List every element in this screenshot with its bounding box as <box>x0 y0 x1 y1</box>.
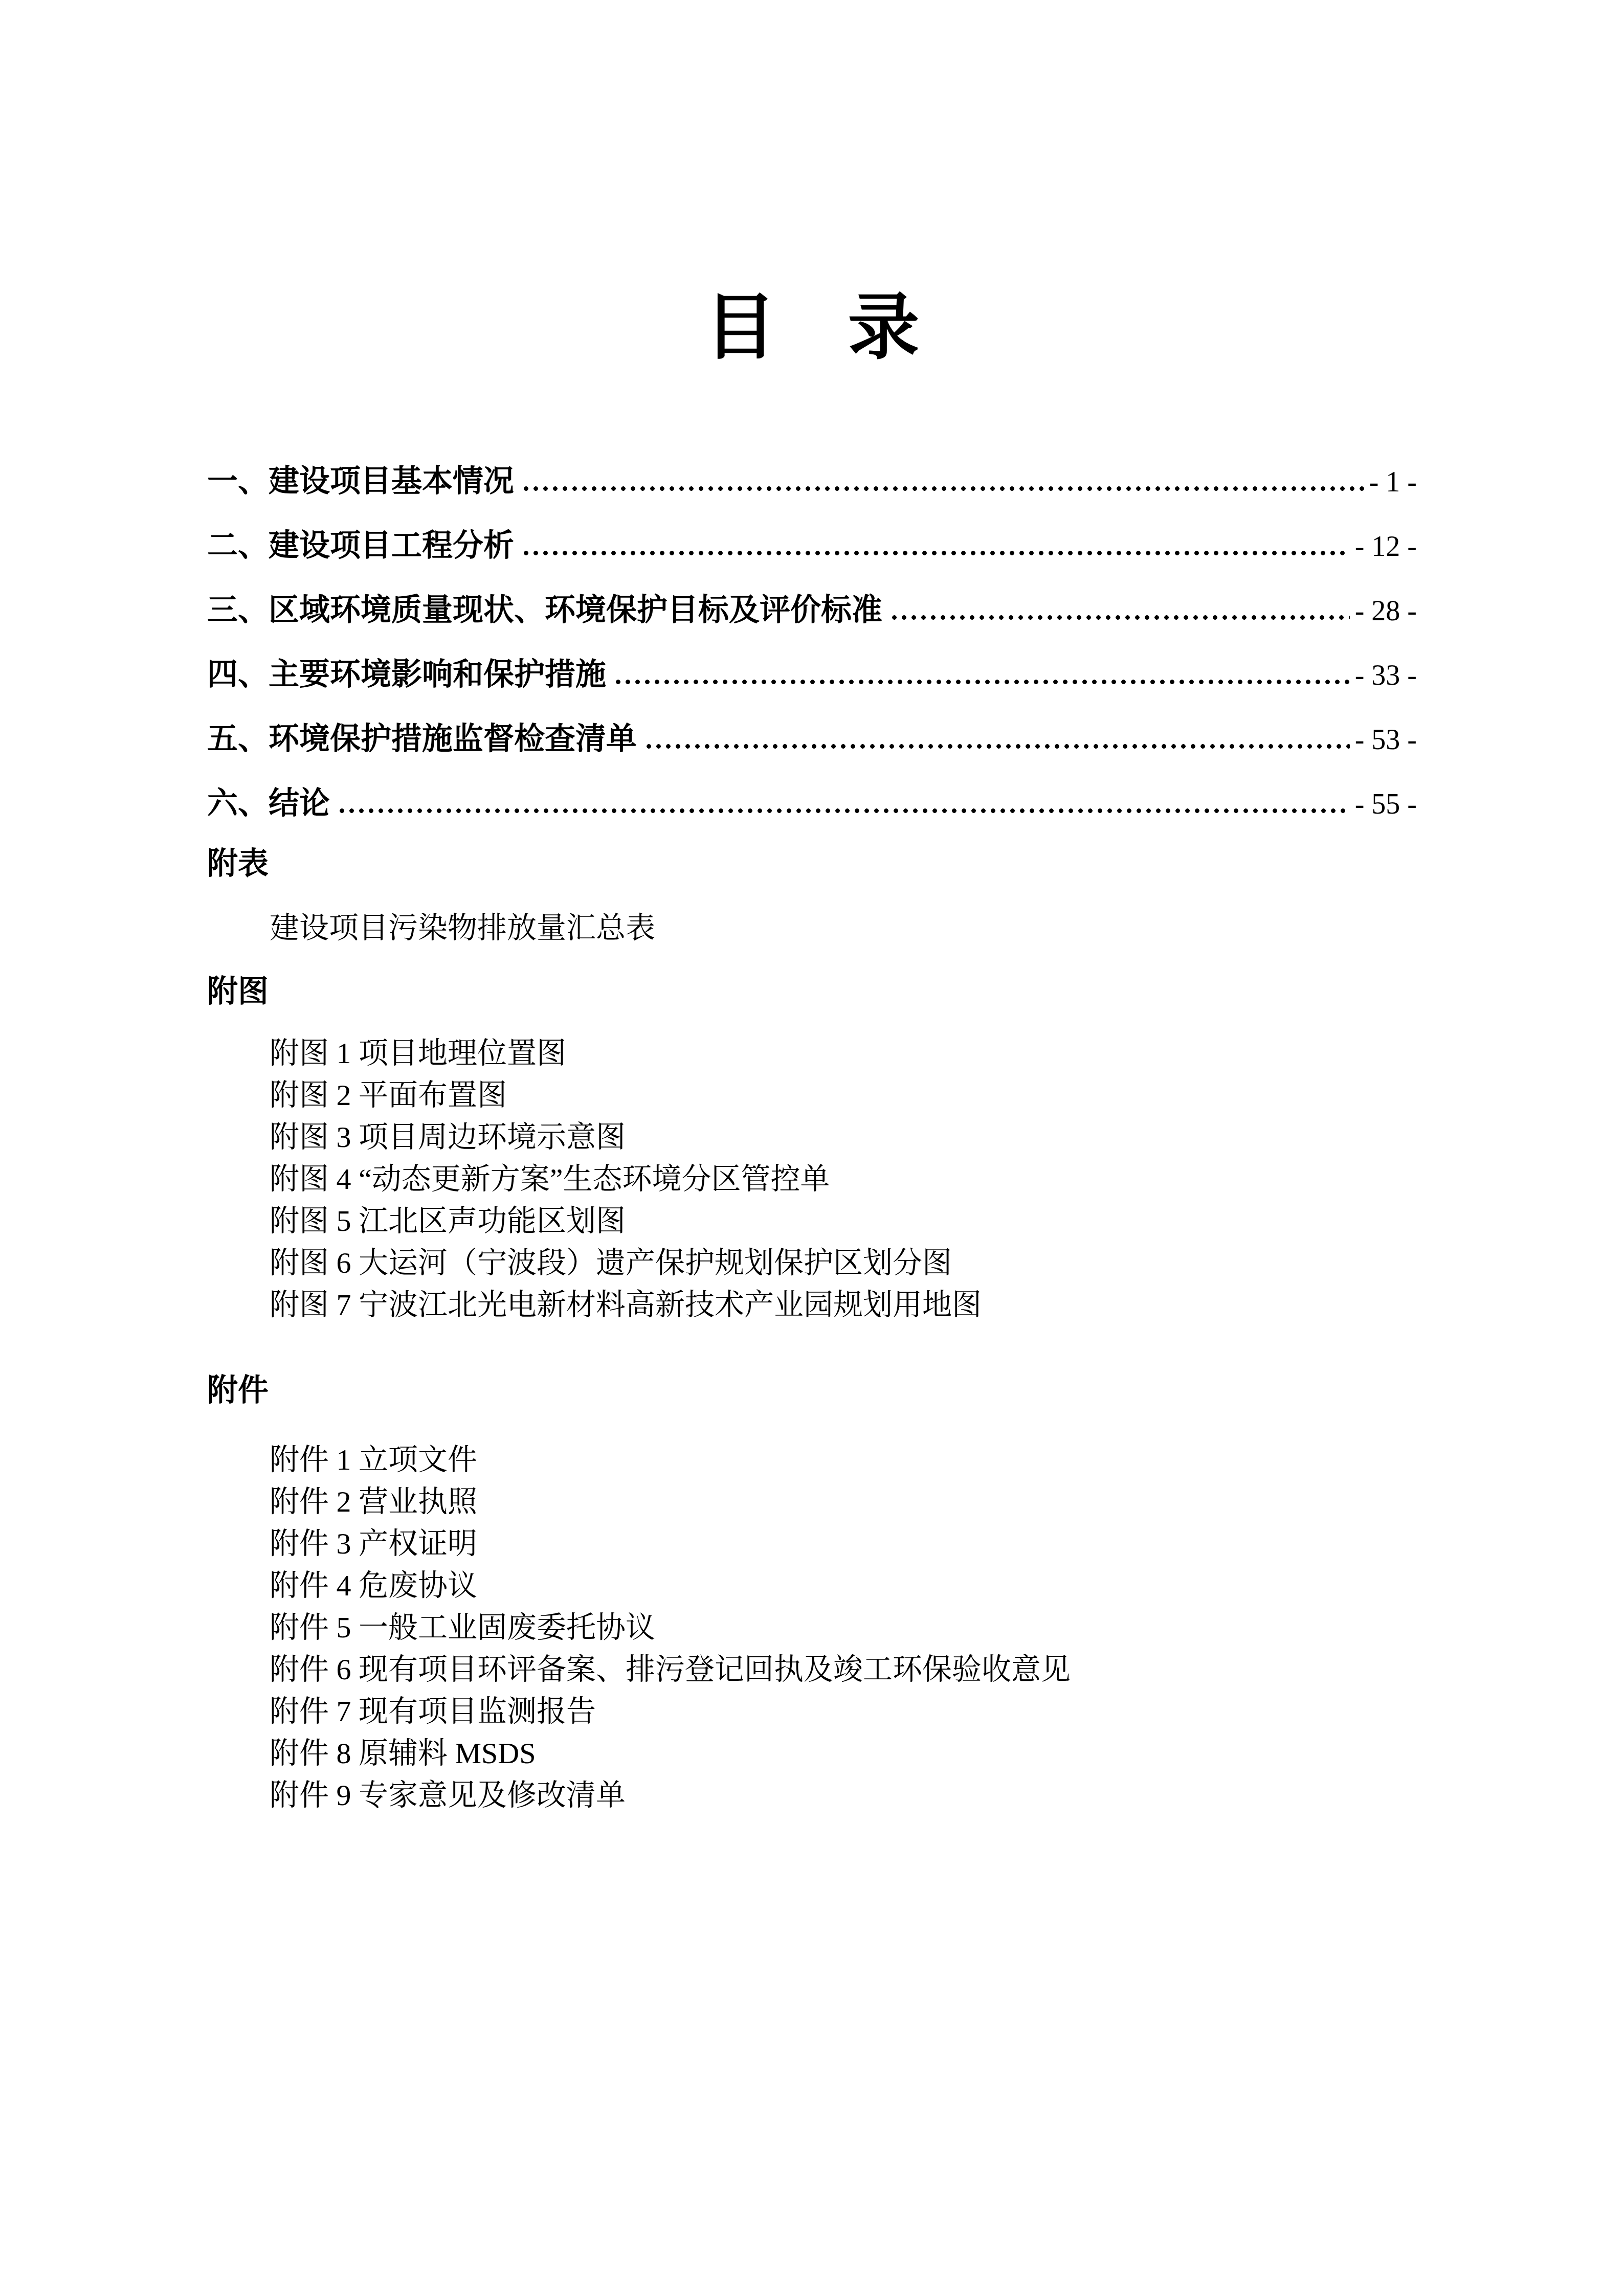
attachments-list: 附件 1 立项文件 附件 2 营业执照 附件 3 产权证明 附件 4 危废协议 … <box>207 1445 1417 1811</box>
figure-list-item: 附图 3 项目周边环境示意图 <box>270 1122 1417 1153</box>
page-title: 目 录 <box>207 291 1417 363</box>
toc-page-number: - 12 - <box>1355 531 1417 562</box>
figures-list: 附图 1 项目地理位置图 附图 2 平面布置图 附图 3 项目周边环境示意图 附… <box>207 1038 1417 1320</box>
figure-list-item: 附图 6 大运河（宁波段）遗产保护规划保护区划分图 <box>270 1248 1417 1278</box>
toc-entry: 一、建设项目基本情况 - 1 - <box>207 465 1417 497</box>
dot-leader <box>889 615 1350 620</box>
toc-entry-label: 二、建设项目工程分析 <box>207 530 514 561</box>
toc-entry-label: 六、结论 <box>207 787 330 819</box>
dot-leader <box>644 744 1350 749</box>
attachment-list-item: 附件 2 营业执照 <box>270 1487 1417 1517</box>
figure-list-item: 附图 4 “动态更新方案”生态环境分区管控单 <box>270 1164 1417 1195</box>
attachment-list-item: 附件 6 现有项目环评备案、排污登记回执及竣工环保验收意见 <box>270 1654 1417 1685</box>
toc-list: 一、建设项目基本情况 - 1 - 二、建设项目工程分析 - 12 - 三、区域环… <box>207 465 1417 819</box>
section-heading-attachments: 附件 <box>207 1375 1417 1406</box>
toc-entry: 六、结论 - 55 - <box>207 787 1417 819</box>
dot-leader <box>337 808 1350 814</box>
section-heading-figures: 附图 <box>207 976 1417 1007</box>
toc-page-number: - 28 - <box>1355 595 1417 627</box>
figure-list-item: 附图 2 平面布置图 <box>270 1080 1417 1111</box>
toc-entry-label: 五、环境保护措施监督检查清单 <box>207 723 637 755</box>
toc-entry: 五、环境保护措施监督检查清单 - 53 - <box>207 723 1417 755</box>
toc-page-number: - 1 - <box>1369 466 1417 498</box>
toc-page-number: - 33 - <box>1355 660 1417 691</box>
attachment-list-item: 附件 7 现有项目监测报告 <box>270 1696 1417 1727</box>
attachment-list-item: 附件 1 立项文件 <box>270 1445 1417 1475</box>
dot-leader <box>521 486 1364 491</box>
toc-page-number: - 55 - <box>1355 789 1417 820</box>
attachment-list-item: 附件 3 产权证明 <box>270 1528 1417 1559</box>
toc-page-number: - 53 - <box>1355 724 1417 756</box>
figure-list-item: 附图 5 江北区声功能区划图 <box>270 1206 1417 1236</box>
toc-entry: 四、主要环境影响和保护措施 - 33 - <box>207 659 1417 690</box>
toc-entry-label: 三、区域环境质量现状、环境保护目标及评价标准 <box>207 594 882 626</box>
attachment-list-item: 附件 8 原辅料 MSDS <box>270 1738 1417 1769</box>
section-heading-tables: 附表 <box>207 848 1417 880</box>
toc-entry-label: 一、建设项目基本情况 <box>207 465 514 497</box>
tables-list: 建设项目污染物排放量汇总表 <box>207 913 1417 943</box>
toc-entry-label: 四、主要环境影响和保护措施 <box>207 659 606 690</box>
dot-leader <box>521 550 1350 556</box>
toc-page: 目 录 一、建设项目基本情况 - 1 - 二、建设项目工程分析 - 12 - 三… <box>0 0 1624 2296</box>
table-list-item: 建设项目污染物排放量汇总表 <box>270 913 1417 943</box>
toc-entry: 二、建设项目工程分析 - 12 - <box>207 530 1417 561</box>
figure-list-item: 附图 1 项目地理位置图 <box>270 1038 1417 1069</box>
toc-entry: 三、区域环境质量现状、环境保护目标及评价标准 - 28 - <box>207 594 1417 626</box>
figure-list-item: 附图 7 宁波江北光电新材料高新技术产业园规划用地图 <box>270 1290 1417 1320</box>
dot-leader <box>613 679 1350 685</box>
attachment-list-item: 附件 5 一般工业固废委托协议 <box>270 1612 1417 1643</box>
attachment-list-item: 附件 9 专家意见及修改清单 <box>270 1780 1417 1811</box>
attachment-list-item: 附件 4 危废协议 <box>270 1570 1417 1601</box>
